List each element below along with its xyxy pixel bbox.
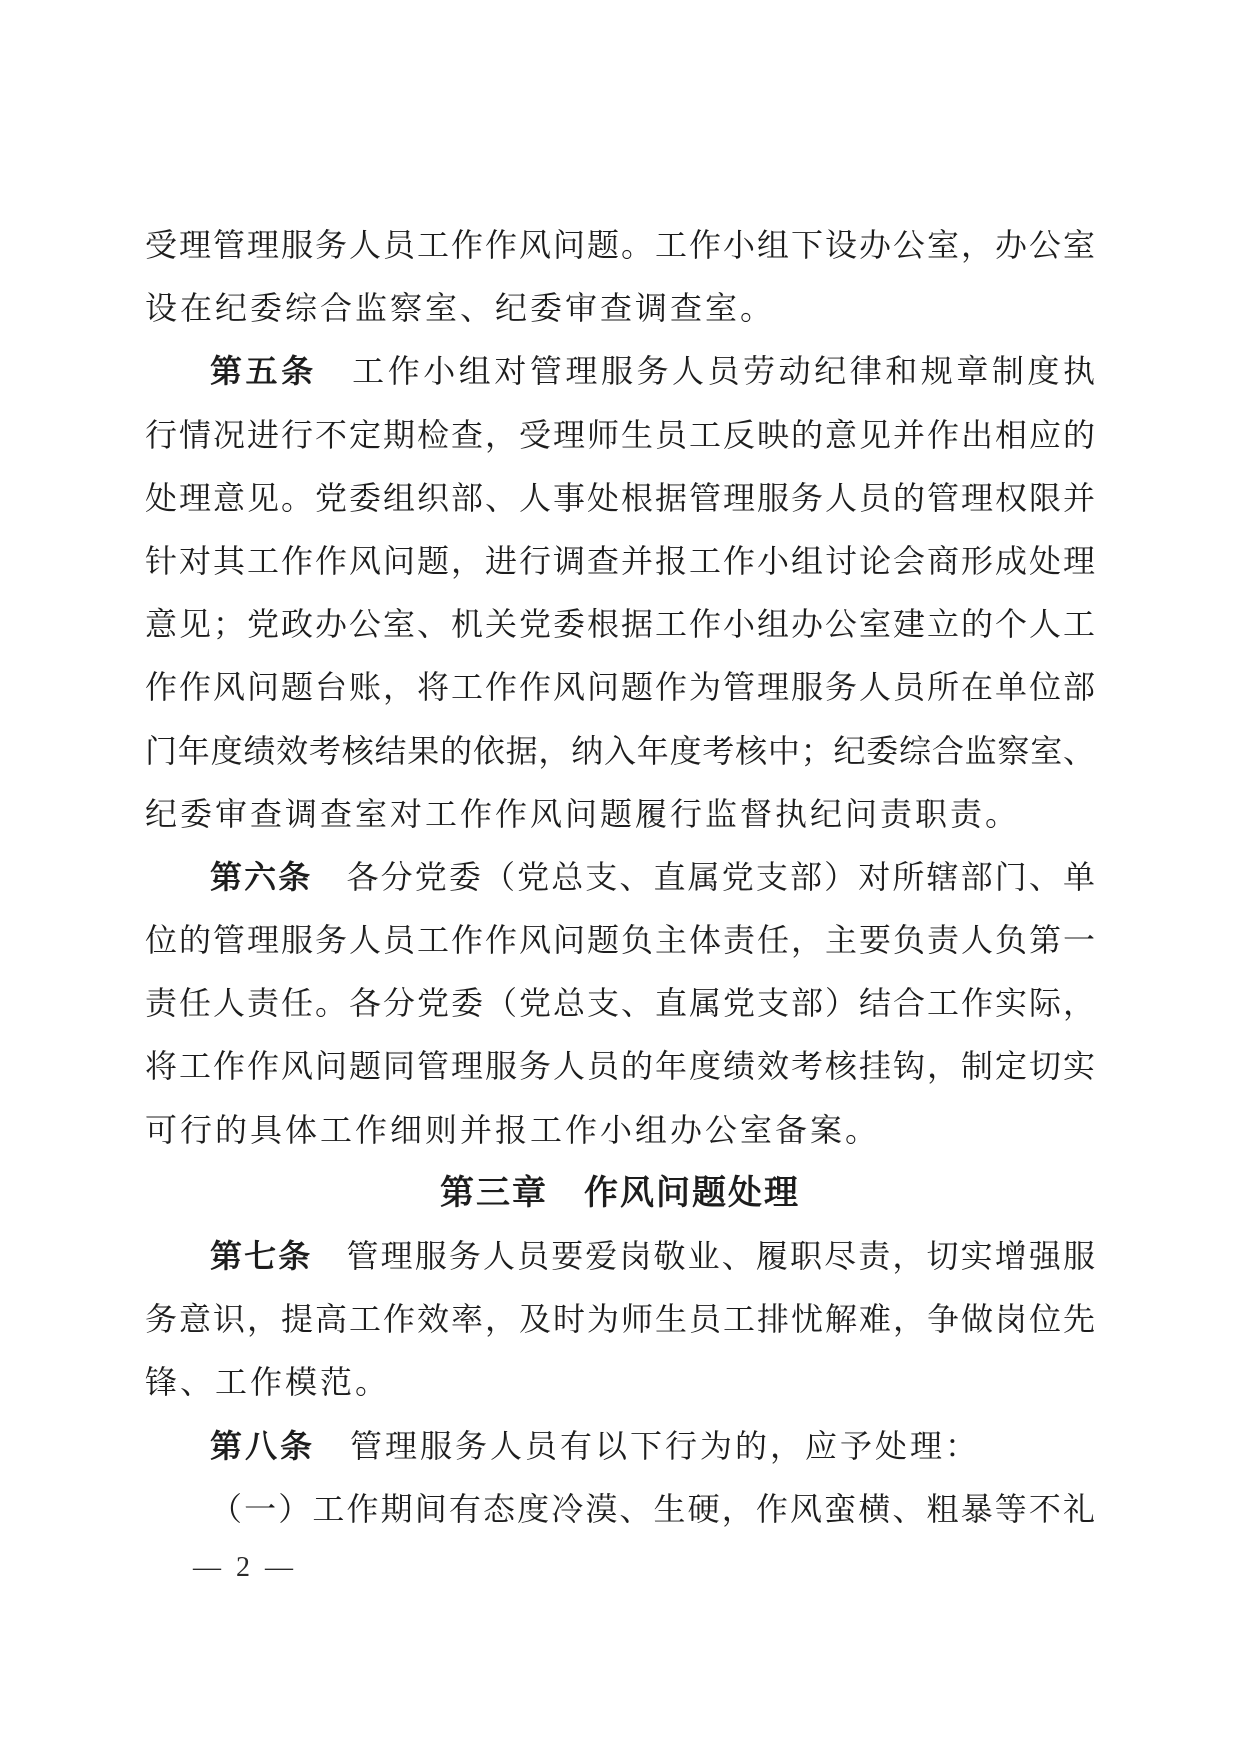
text-segment: 务意识，提高工作效率，及时为师生员工排忧解难，争做岗位先 bbox=[145, 1301, 1095, 1337]
document-line: 务意识，提高工作效率，及时为师生员工排忧解难，争做岗位先 bbox=[145, 1288, 1095, 1351]
document-line: 设在纪委综合监察室、纪委审查调查室。 bbox=[145, 277, 1095, 340]
document-line: 作作风问题台账，将工作作风问题作为管理服务人员所在单位部 bbox=[145, 656, 1095, 719]
text-segment: 各分党委（党总支、直属党支部）对所辖部门、单 bbox=[312, 859, 1095, 895]
document-line: 锋、工作模范。 bbox=[145, 1351, 1095, 1414]
chapter-heading: 第三章 作风问题处理 bbox=[145, 1162, 1095, 1225]
document-line: 受理管理服务人员工作作风问题。工作小组下设办公室，办公室 bbox=[145, 214, 1095, 277]
text-segment: 将工作作风问题同管理服务人员的年度绩效考核挂钩，制定切实 bbox=[145, 1048, 1095, 1084]
text-segment: 处理意见。党委组织部、人事处根据管理服务人员的管理权限并 bbox=[145, 480, 1095, 516]
document-line: 第六条 各分党委（党总支、直属党支部）对所辖部门、单 bbox=[145, 846, 1095, 909]
text-segment: 位的管理服务人员工作作风问题负主体责任，主要负责人负第一 bbox=[145, 922, 1095, 958]
text-segment: 管理服务人员有以下行为的，应予处理： bbox=[315, 1428, 980, 1464]
text-segment: 锋、工作模范。 bbox=[145, 1364, 390, 1400]
text-block: 受理管理服务人员工作作风问题。工作小组下设办公室，办公室设在纪委综合监察室、纪委… bbox=[145, 214, 1095, 1541]
text-segment: 第三章 作风问题处理 bbox=[440, 1174, 800, 1212]
document-line: 位的管理服务人员工作作风问题负主体责任，主要负责人负第一 bbox=[145, 909, 1095, 972]
text-segment: 行情况进行不定期检查，受理师生员工反映的意见并作出相应的 bbox=[145, 417, 1095, 453]
text-segment: 受理管理服务人员工作作风问题。工作小组下设办公室，办公室 bbox=[145, 227, 1095, 263]
document-line: 行情况进行不定期检查，受理师生员工反映的意见并作出相应的 bbox=[145, 404, 1095, 467]
article-label: 第八条 bbox=[210, 1428, 315, 1464]
text-segment: 可行的具体工作细则并报工作小组办公室备案。 bbox=[145, 1112, 880, 1148]
document-line: （一）工作期间有态度冷漠、生硬，作风蛮横、粗暴等不礼 bbox=[145, 1478, 1095, 1541]
text-segment: 设在纪委综合监察室、纪委审查调查室。 bbox=[145, 290, 775, 326]
document-line: 处理意见。党委组织部、人事处根据管理服务人员的管理权限并 bbox=[145, 467, 1095, 530]
text-segment: 纪委审查调查室对工作作风问题履行监督执纪问责职责。 bbox=[145, 796, 1020, 832]
article-label: 第五条 bbox=[210, 353, 317, 389]
text-segment: 工作小组对管理服务人员劳动纪律和规章制度执 bbox=[317, 353, 1095, 389]
document-line: 第五条 工作小组对管理服务人员劳动纪律和规章制度执 bbox=[145, 340, 1095, 403]
document-line: 纪委审查调查室对工作作风问题履行监督执纪问责职责。 bbox=[145, 783, 1095, 846]
text-segment: 管理服务人员要爱岗敬业、履职尽责，切实增强服 bbox=[312, 1238, 1095, 1274]
document-page: 受理管理服务人员工作作风问题。工作小组下设办公室，办公室设在纪委综合监察室、纪委… bbox=[0, 0, 1240, 1753]
document-line: 意见；党政办公室、机关党委根据工作小组办公室建立的个人工 bbox=[145, 593, 1095, 656]
document-line: 第七条 管理服务人员要爱岗敬业、履职尽责，切实增强服 bbox=[145, 1225, 1095, 1288]
document-line: 第八条 管理服务人员有以下行为的，应予处理： bbox=[145, 1415, 1095, 1478]
document-line: 门年度绩效考核结果的依据，纳入年度考核中；纪委综合监察室、 bbox=[145, 720, 1095, 783]
text-segment: （一）工作期间有态度冷漠、生硬，作风蛮横、粗暴等不礼 bbox=[210, 1491, 1095, 1527]
text-segment: 针对其工作作风问题，进行调查并报工作小组讨论会商形成处理 bbox=[145, 543, 1095, 579]
document-line: 责任人责任。各分党委（党总支、直属党支部）结合工作实际， bbox=[145, 972, 1095, 1035]
article-label: 第六条 bbox=[210, 859, 312, 895]
page-number: — 2 — bbox=[193, 1552, 297, 1584]
document-line: 针对其工作作风问题，进行调查并报工作小组讨论会商形成处理 bbox=[145, 530, 1095, 593]
text-segment: 门年度绩效考核结果的依据，纳入年度考核中；纪委综合监察室、 bbox=[145, 733, 1095, 769]
text-segment: 作作风问题台账，将工作作风问题作为管理服务人员所在单位部 bbox=[145, 669, 1095, 705]
text-segment: 责任人责任。各分党委（党总支、直属党支部）结合工作实际， bbox=[145, 985, 1095, 1021]
document-line: 将工作作风问题同管理服务人员的年度绩效考核挂钩，制定切实 bbox=[145, 1035, 1095, 1098]
article-label: 第七条 bbox=[210, 1238, 312, 1274]
document-line: 可行的具体工作细则并报工作小组办公室备案。 bbox=[145, 1099, 1095, 1162]
text-segment: 意见；党政办公室、机关党委根据工作小组办公室建立的个人工 bbox=[145, 606, 1095, 642]
